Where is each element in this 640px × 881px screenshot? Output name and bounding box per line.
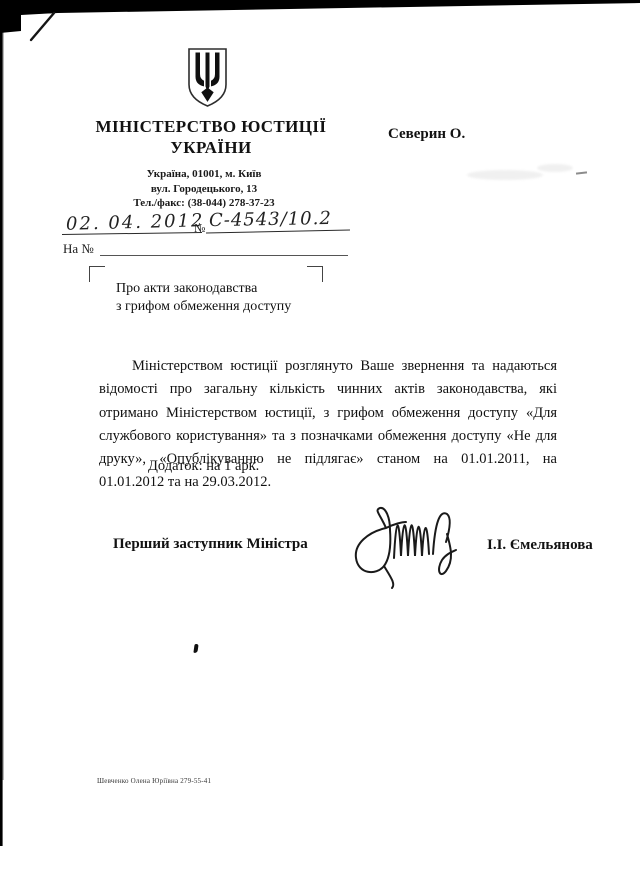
subject-block: Про акти законодавства з грифом обмеженн… (116, 280, 346, 316)
reply-to-number-label: На № (63, 241, 94, 257)
scan-edge-top-left (0, 0, 57, 33)
scan-edge-left (0, 0, 3, 846)
scan-smudge (537, 164, 573, 172)
ministry-address: Україна, 01001, м. Київ вул. Городецьког… (79, 167, 329, 211)
ministry-title: МІНІСТЕРСТВО ЮСТИЦІЇ УКРАЇНИ (85, 116, 337, 158)
trident-emblem-icon (187, 47, 228, 110)
scanned-letter-page: МІНІСТЕРСТВО ЮСТИЦІЇ УКРАЇНИ Северин О. … (0, 0, 640, 881)
handwritten-slash-icon (31, 13, 54, 40)
reply-number-blank-line (100, 255, 348, 256)
number-sign: № (194, 221, 205, 236)
ministry-title-line1: МІНІСТЕРСТВО ЮСТИЦІЇ (85, 116, 337, 137)
handwritten-signature-icon (350, 500, 476, 592)
attachment-note: Додаток: на 1 арк. (148, 458, 259, 475)
executor-contact: Шевченко Олена Юріївна 279-55-41 (97, 777, 211, 785)
signer-name: І.І. Ємельянова (487, 537, 593, 554)
scan-smudge (467, 170, 543, 180)
ministry-title-line2: УКРАЇНИ (85, 137, 337, 158)
scan-edge-top (0, 0, 640, 15)
scan-edge-left-shadow (3, 20, 4, 780)
corner-mark-left (89, 266, 105, 282)
addressee-name: Северин О. (388, 126, 465, 143)
signer-position: Перший заступник Міністра (113, 536, 308, 553)
address-line-country: Україна, 01001, м. Київ (79, 167, 329, 182)
handwritten-date: 02. 04. 2012 (66, 210, 205, 235)
address-line-street: вул. Городецького, 13 (79, 182, 329, 197)
subject-line2: з грифом обмеження доступу (116, 298, 346, 316)
subject-line1: Про акти законодавства (116, 280, 346, 298)
handwritten-outgoing-number: С-4543/10.2 (209, 208, 332, 231)
